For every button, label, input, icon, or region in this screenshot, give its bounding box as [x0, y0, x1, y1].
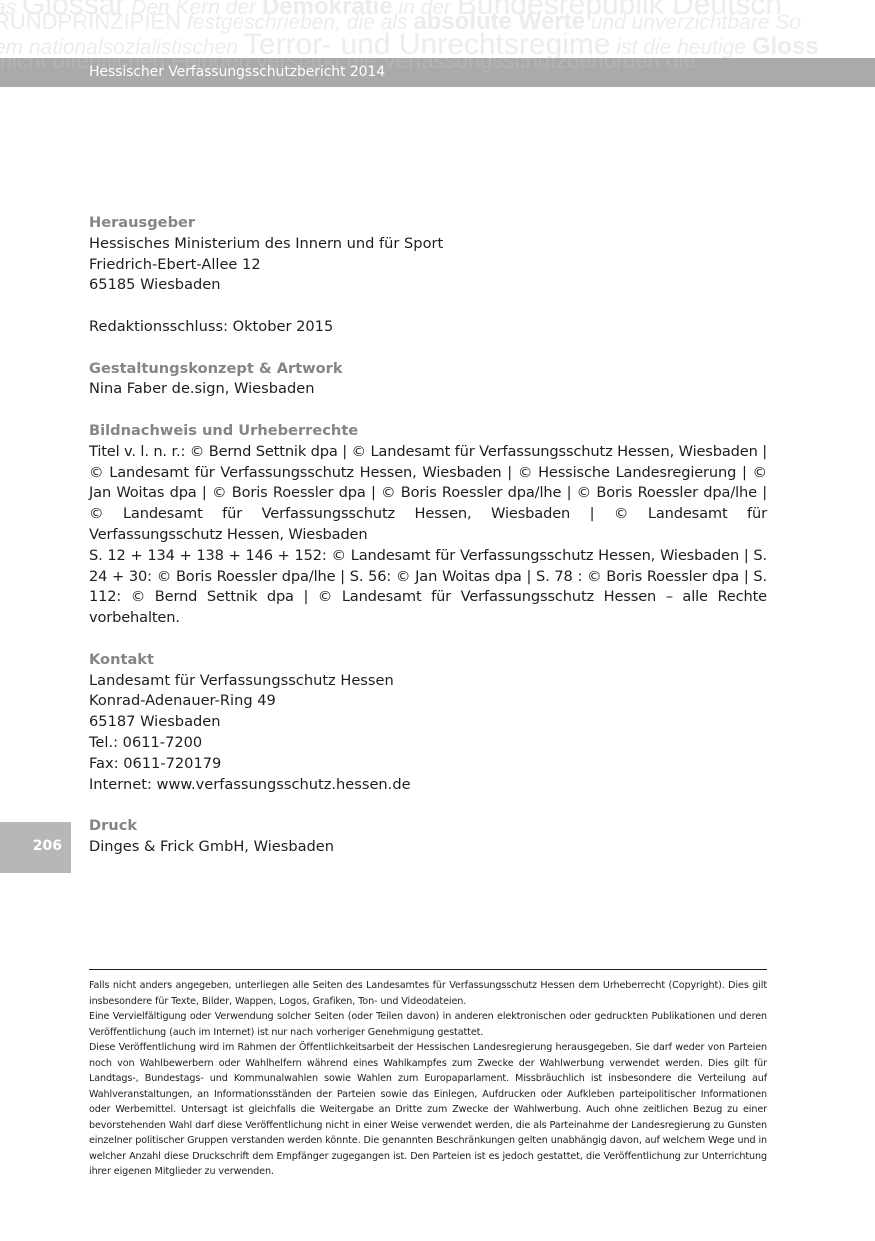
watermark-text: em nationalsozialistischen: [0, 36, 244, 58]
section-heading: Bildnachweis und Urheberrechte: [89, 421, 767, 442]
legal-reproduction: Eine Vervielfältigung oder Verwendung so…: [89, 1009, 767, 1040]
image-credits-pages: S. 12 + 134 + 138 + 146 + 152: © Landesa…: [89, 546, 767, 629]
legal-divider: [89, 969, 767, 970]
watermark-text: Gloss: [752, 33, 819, 58]
section-heading: Druck: [89, 816, 767, 837]
contact-street: Konrad-Adenauer-Ring 49: [89, 691, 767, 712]
editorial-deadline: Redaktionsschluss: Oktober 2015: [89, 317, 767, 338]
section-heading: Herausgeber: [89, 213, 767, 234]
header-banner: nicht öffentlichen Feinden verstärkt die…: [0, 58, 875, 87]
design-credit: Nina Faber de.sign, Wiesbaden: [89, 379, 767, 400]
watermark-line-3: em nationalsozialistischen Terror- und U…: [0, 30, 819, 58]
section-contact: Kontakt Landesamt für Verfassungsschutz …: [89, 650, 767, 796]
publisher-city: 65185 Wiesbaden: [89, 275, 767, 296]
document-title: Hessischer Verfassungsschutzbericht 2014: [89, 64, 385, 80]
contact-city: 65187 Wiesbaden: [89, 712, 767, 733]
section-publisher: Herausgeber Hessisches Ministerium des I…: [89, 213, 767, 296]
page-number: 206: [33, 838, 62, 854]
watermark-text: Terror- und Unrechtsregime: [244, 28, 611, 58]
section-print: Druck Dinges & Frick GmbH, Wiesbaden: [89, 816, 767, 858]
watermark-header: as Glossar Den Kern der Demokratie in de…: [0, 0, 875, 58]
section-image-credits: Bildnachweis und Urheberrechte Titel v. …: [89, 421, 767, 629]
contact-org: Landesamt für Verfassungsschutz Hessen: [89, 671, 767, 692]
legal-notice: Falls nicht anders angegeben, unterliege…: [89, 978, 767, 1180]
page-number-tab: 206: [0, 822, 71, 873]
contact-fax: Fax: 0611-720179: [89, 754, 767, 775]
legal-copyright: Falls nicht anders angegeben, unterliege…: [89, 978, 767, 1009]
section-heading: Kontakt: [89, 650, 767, 671]
printer-name: Dinges & Frick GmbH, Wiesbaden: [89, 837, 767, 858]
section-editorial-deadline: Redaktionsschluss: Oktober 2015: [89, 317, 767, 338]
contact-phone: Tel.: 0611-7200: [89, 733, 767, 754]
image-credits-cover: Titel v. l. n. r.: © Bernd Settnik dpa |…: [89, 442, 767, 546]
publisher-name: Hessisches Ministerium des Innern und fü…: [89, 234, 767, 255]
section-heading: Gestaltungskonzept & Artwork: [89, 359, 767, 380]
imprint-content: Herausgeber Hessisches Ministerium des I…: [89, 213, 767, 879]
watermark-text: ist die heutige: [611, 36, 752, 58]
legal-election-use: Diese Veröffentlichung wird im Rahmen de…: [89, 1040, 767, 1180]
publisher-street: Friedrich-Ebert-Allee 12: [89, 255, 767, 276]
section-design: Gestaltungskonzept & Artwork Nina Faber …: [89, 359, 767, 401]
contact-website[interactable]: Internet: www.verfassungsschutz.hessen.d…: [89, 775, 767, 796]
